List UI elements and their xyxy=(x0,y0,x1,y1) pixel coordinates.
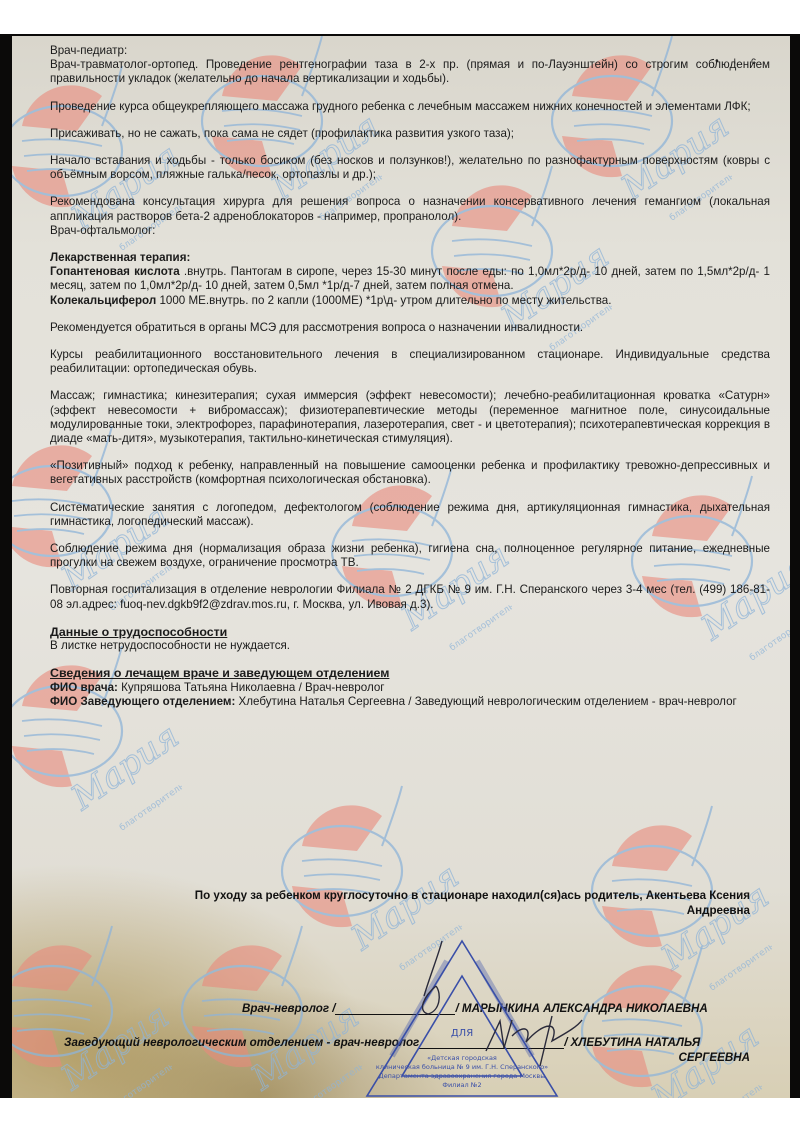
head-name-line-2: СЕРГЕЕВНА xyxy=(678,1051,750,1064)
text-segment: Проведение курса общеукрепляющего массаж… xyxy=(50,100,751,113)
paragraph-routine: Соблюдение режима дня (нормализация обра… xyxy=(50,542,770,570)
paragraph-ortoped: Врач-травматолог-ортопед. Проведение рен… xyxy=(50,58,770,86)
caretaker-note: По уходу за ребенком круглосуточно в ста… xyxy=(195,888,750,918)
document-photo: Марияблаготворительный фондМарияблаготво… xyxy=(0,34,800,1098)
work-capacity-heading: Данные о трудоспособности xyxy=(50,625,770,639)
text-segment: Врач-педиатр: xyxy=(50,44,127,57)
paragraph-surgeon: Рекомендована консультация хирурга для р… xyxy=(50,195,770,223)
paragraph-mse: Рекомендуется обратиться в органы МСЭ дл… xyxy=(50,321,770,335)
department-head-label: ФИО Заведующего отделением: xyxy=(50,695,235,708)
svg-text:Филиал №2: Филиал №2 xyxy=(442,1081,481,1089)
svg-text:благотворительный фонд: благотворительный фонд xyxy=(118,754,182,833)
work-capacity-section: Данные о трудоспособности В листке нетру… xyxy=(50,625,770,653)
caretaker-line-1: По уходу за ребенком круглосуточно в ста… xyxy=(195,888,750,903)
text-segment: 1000 МЕ.внутрь. по 2 капли (1000МЕ) *1р\… xyxy=(156,294,611,307)
work-capacity-text: В листке нетрудоспособности не нуждается… xyxy=(50,639,770,653)
text-segment: Врач-офтальмолог: xyxy=(50,224,155,237)
paragraph-speech: Систематические занятия с логопедом, деф… xyxy=(50,501,770,529)
attending-doctor-label: ФИО врача: xyxy=(50,681,118,694)
attending-doctor: ФИО врача: Купряшова Татьяна Николаевна … xyxy=(50,681,770,695)
triangular-stamp: ДЛЯ«Детская городскаяклиническая больниц… xyxy=(362,936,562,1098)
neurologist-role: Врач-невролог / xyxy=(242,1002,335,1015)
svg-text:Департамента здравоохранения г: Департамента здравоохранения города Моск… xyxy=(379,1072,546,1080)
svg-text:клиническая больница № 9 им. Г: клиническая больница № 9 им. Г.Н. Сперан… xyxy=(376,1063,548,1071)
svg-text:Мария: Мария xyxy=(63,716,182,819)
document-page: Марияблаготворительный фондМарияблаготво… xyxy=(12,36,790,1098)
paragraph-positive: «Позитивный» подход к ребенку, направлен… xyxy=(50,459,770,487)
department-head: ФИО Заведующего отделением: Хлебутина На… xyxy=(50,695,770,709)
bold-term: Гопантеновая кислота xyxy=(50,265,180,278)
paragraph-rehospitalization: Повторная госпитализация в отделение нев… xyxy=(50,583,770,611)
document-body: Врач-педиатр:Врач-травматолог-ортопед. П… xyxy=(50,44,770,709)
attending-doctor-value: Купряшова Татьяна Николаевна / Врач-невр… xyxy=(118,681,385,694)
text-segment: Повторная госпитализация в отделение нев… xyxy=(50,583,770,610)
head-name-line-1: / ХЛЕБУТИНА НАТАЛЬЯ xyxy=(564,1036,700,1049)
svg-text:благотворительный фонд: благотворительный фонд xyxy=(708,914,772,993)
text-segment: Рекомендуется обратиться в органы МСЭ дл… xyxy=(50,321,583,334)
paragraph-drug-therapy: Лекарственная терапия:Гопантеновая кисло… xyxy=(50,251,770,308)
paragraph-massage: Проведение курса общеукрепляющего массаж… xyxy=(50,100,770,114)
doctors-section: Сведения о лечащем враче и заведующем от… xyxy=(50,666,770,709)
text-segment: «Позитивный» подход к ребенку, направлен… xyxy=(50,459,770,486)
charity-logo-watermark-icon: Марияблаготворительный фонд xyxy=(12,916,172,1098)
paragraph-pediatr: Врач-педиатр: xyxy=(50,44,770,58)
charity-logo-watermark-icon: Марияблаготворительный фонд xyxy=(562,936,762,1098)
text-segment: Систематические занятия с логопедом, деф… xyxy=(50,501,770,528)
svg-text:ДЛЯ: ДЛЯ xyxy=(451,1028,473,1039)
text-segment: Присаживать, но не сажать, пока сама не … xyxy=(50,127,514,140)
text-segment: Курсы реабилитационного восстановительно… xyxy=(50,348,770,375)
recommendations: Врач-педиатр:Врач-травматолог-ортопед. П… xyxy=(50,44,770,612)
text-segment: Врач-травматолог-ортопед. Проведение рен… xyxy=(50,58,770,85)
text-segment: Начало вставания и ходьбы - только босик… xyxy=(50,154,770,181)
svg-text:«Детская городская: «Детская городская xyxy=(427,1054,497,1062)
paragraph-ophthalmologist: Врач-офтальмолог: xyxy=(50,224,770,238)
department-head-value: Хлебутина Наталья Сергеевна / Заведующий… xyxy=(235,695,736,708)
bold-term: Колекальциферол xyxy=(50,294,156,307)
caretaker-line-2: Андреевна xyxy=(195,903,750,918)
paragraph-rehab-courses: Курсы реабилитационного восстановительно… xyxy=(50,348,770,376)
bold-term: Лекарственная терапия: xyxy=(50,251,190,264)
paragraph-sitting: Присаживать, но не сажать, пока сама не … xyxy=(50,127,770,141)
paragraph-procedures: Массаж; гимнастика; кинезитерапия; сухая… xyxy=(50,389,770,446)
paragraph-walking: Начало вставания и ходьбы - только босик… xyxy=(50,154,770,182)
text-segment: Соблюдение режима дня (нормализация обра… xyxy=(50,542,770,569)
text-segment: Массаж; гимнастика; кинезитерапия; сухая… xyxy=(50,389,770,445)
text-segment: Рекомендована консультация хирурга для р… xyxy=(50,195,770,222)
doctors-heading: Сведения о лечащем враче и заведующем от… xyxy=(50,666,770,680)
